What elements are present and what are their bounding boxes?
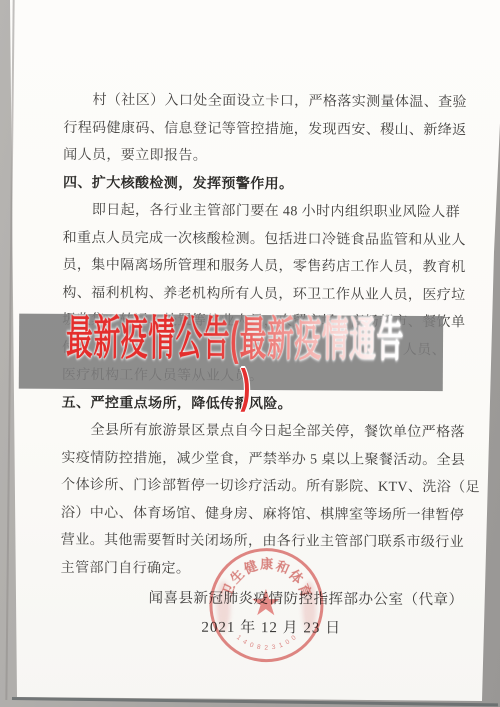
doc-line: 员，集中隔离场所管理和服务人员，零售药店工作人员，教育机 xyxy=(62,252,444,282)
headline-overlay-band: 最新疫情公告(最新疫情通告 ) xyxy=(19,314,443,392)
doc-line: 村（社区）入口处全面设立卡口，严格落实测量体温、查验 xyxy=(63,87,445,117)
doc-line: 浴）中心、体育场馆、健身房、麻将馆、棋牌室等场所一律暂停 xyxy=(61,499,443,529)
photographed-notice: 村（社区）入口处全面设立卡口，严格落实测量体温、查验行程码健康码、信息登记等管控… xyxy=(0,0,500,707)
seal-arc-char: 康 xyxy=(260,554,273,573)
doc-line: 五、严控重点场所，降低传播风险。 xyxy=(62,389,444,419)
seal-serial-digit: 1 xyxy=(278,642,284,650)
doc-line: 行程码健康码、信息登记等管控措施，发现西安、稷山、新绛返 xyxy=(63,114,445,144)
doc-line: 实疫情防控措施，减少堂食，严禁举办 5 桌以上聚餐活动。全县 xyxy=(61,444,443,474)
seal-serial-digit: 0 xyxy=(249,642,255,650)
doc-line: 闻人员，要立即报告。 xyxy=(63,142,445,172)
seal-serial-digit: 8 xyxy=(256,644,261,652)
official-seal: ★ 卫生健康和体育140823100 xyxy=(209,548,324,663)
seal-serial-digit: 0 xyxy=(284,639,291,647)
doc-line: 四、扩大核酸检测，发挥预警作用。 xyxy=(63,169,445,199)
headline-text-line2: ) xyxy=(241,361,251,411)
headline-text-line1: 最新疫情公告(最新疫情通告 xyxy=(66,313,404,365)
doc-line: 和重点人员完成一次核酸检测。包括进口冷链食品监管和从业人 xyxy=(63,224,445,254)
seal-serial-digit: 4 xyxy=(241,638,248,646)
seal-serial-digit: 0 xyxy=(290,634,297,642)
seal-serial-digit: 1 xyxy=(235,634,242,642)
doc-line: 构、福利机构、养老机构所有人员，环卫工作从业人员，医疗垃 xyxy=(62,279,444,309)
seal-serial-digit: 3 xyxy=(271,644,276,652)
seal-star-icon: ★ xyxy=(250,583,283,624)
doc-line: 全县所有旅游景区景点自今日起全部关停，餐饮单位严格落 xyxy=(61,417,443,447)
seal-serial-digit: 2 xyxy=(264,645,268,652)
doc-line: 即日起，各行业主管部门要在 48 小时内组织职业风险人群 xyxy=(63,197,445,227)
doc-line: 个体诊所、门诊部暂停一切诊疗活动。所有影院、KTV、洗浴（足 xyxy=(61,472,443,502)
document-content: 村（社区）入口处全面设立卡口，严格落实测量体温、查验行程码健康码、信息登记等管控… xyxy=(0,0,500,707)
